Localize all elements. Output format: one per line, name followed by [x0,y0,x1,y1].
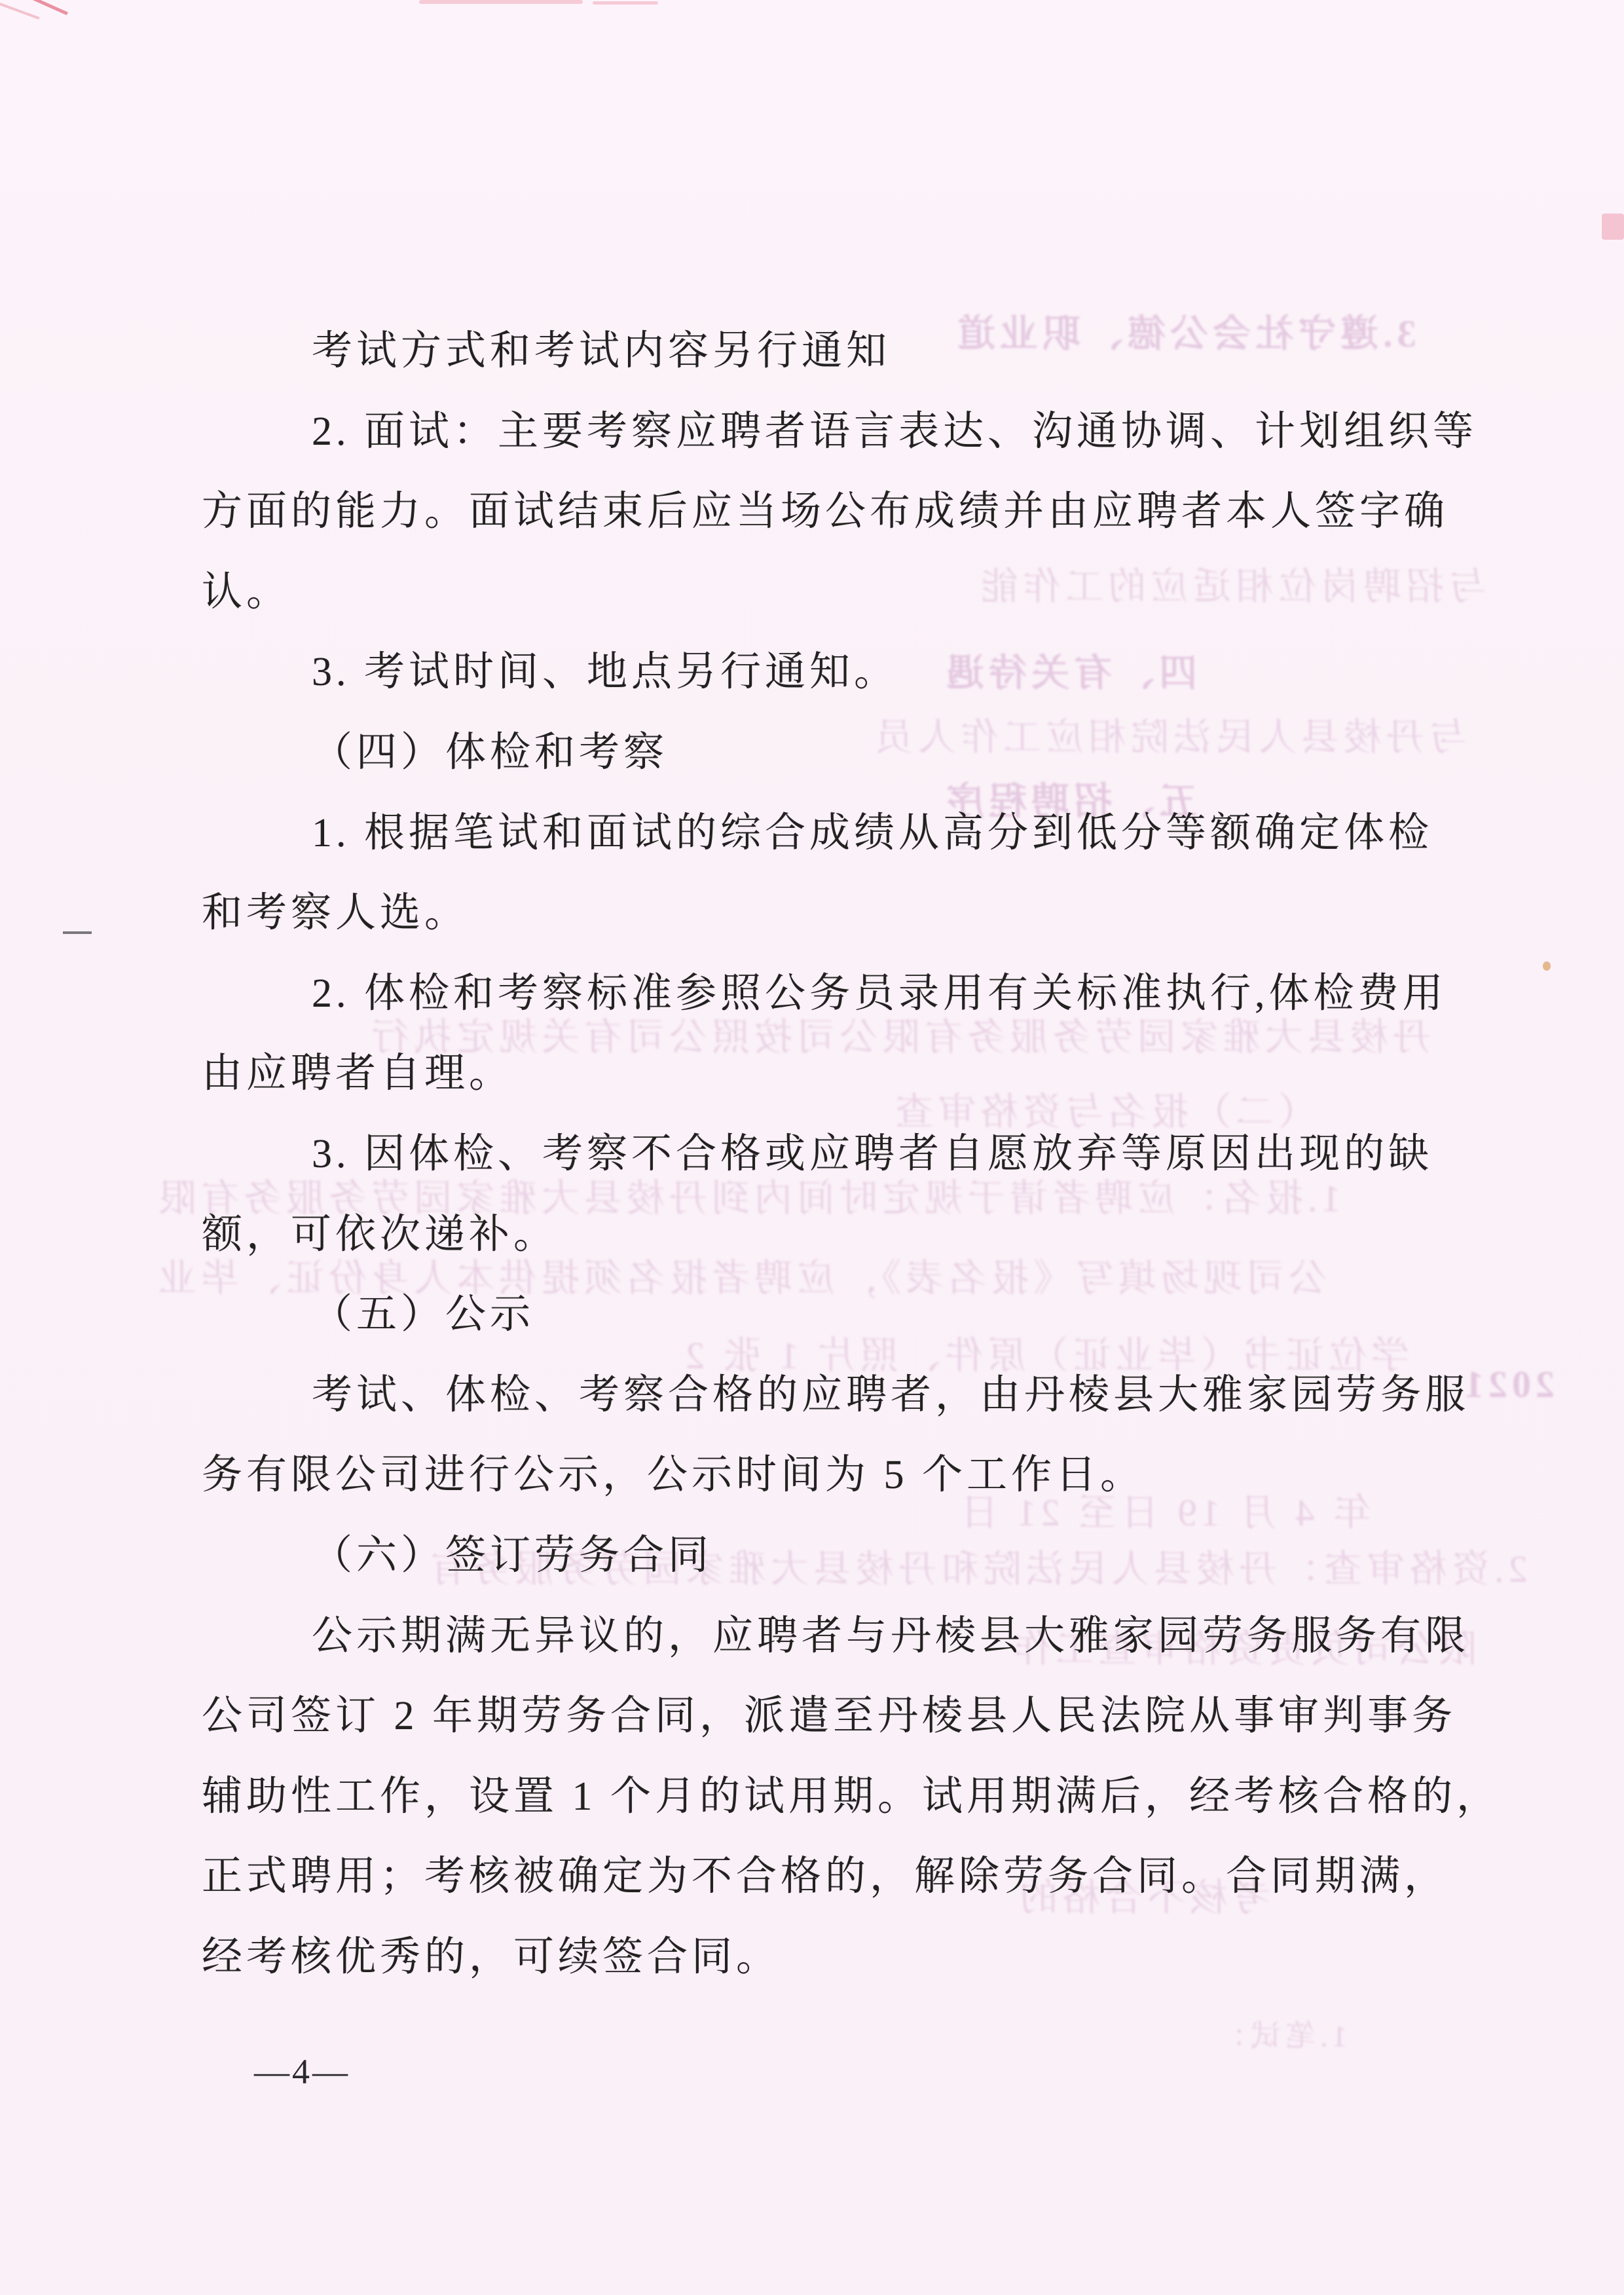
scan-artifact-red-streak [0,1,40,20]
text-line: 正式聘用；考核被确定为不合格的，解除劳务合同。合同期满， [202,1837,1466,1917]
scan-artifact-pink-streak [419,0,583,4]
text-line: 由应聘者自理。 [202,1034,1466,1114]
scan-artifact-red-streak [0,0,68,15]
text-line: 经考核优秀的，可续签合同。 [202,1917,1466,1998]
text-line: 2. 面试：主要考察应聘者语言表达、沟通协调、计划组织等 [202,392,1466,472]
text-line: 1. 根据笔试和面试的综合成绩从高分到低分等额确定体检 [202,793,1466,874]
text-line: 考试、体检、考察合格的应聘者，由丹棱县大雅家园劳务服 [202,1355,1466,1436]
text-line: 额，可依次递补。 [202,1195,1466,1275]
text-line: 考试方式和考试内容另行通知 [202,311,1466,392]
text-line: 辅助性工作，设置 1 个月的试用期。试用期满后，经考核合格的， [202,1757,1466,1837]
scanned-document-page: 3.遵守社会公德、职业道 与招聘岗位相适应的工作能 四、有关待遇 与丹棱县人民法… [0,0,1624,2295]
text-line: 3. 考试时间、地点另行通知。 [202,632,1466,713]
text-line: 方面的能力。面试结束后应当场公布成绩并由应聘者本人签字确 [202,472,1466,552]
text-line: 3. 因体检、考察不合格或应聘者自愿放弃等原因出现的缺 [202,1114,1466,1195]
scan-artifact-fold-mark [63,931,92,934]
text-line: 2. 体检和考察标准参照公务员录用有关标准执行,体检费用 [202,954,1466,1034]
scan-artifact-pink-streak [593,1,658,5]
document-text-block: 考试方式和考试内容另行通知 2. 面试：主要考察应聘者语言表达、沟通协调、计划组… [202,311,1466,1997]
text-line: （六）签订劳务合同 [202,1516,1466,1596]
text-line: 认。 [202,552,1466,633]
page-number: —4— [254,2051,350,2092]
text-line: 公司签订 2 年期劳务合同，派遣至丹棱县人民法院从事审判事务 [202,1676,1466,1757]
text-line: 和考察人选。 [202,873,1466,954]
bleedthrough-line: 1.笔试： [1211,2012,1348,2055]
text-line: 公示期满无异议的，应聘者与丹棱县大雅家园劳务服务有限 [202,1596,1466,1677]
scan-artifact-dot [1543,961,1551,971]
text-line: （四）体检和考察 [202,713,1466,793]
text-line: 务有限公司进行公示，公示时间为 5 个工作日。 [202,1435,1466,1516]
text-line: （五）公示 [202,1275,1466,1355]
bleedthrough-line: 2021 [1460,1362,1555,1406]
scan-artifact-pink-blob [1602,214,1624,240]
